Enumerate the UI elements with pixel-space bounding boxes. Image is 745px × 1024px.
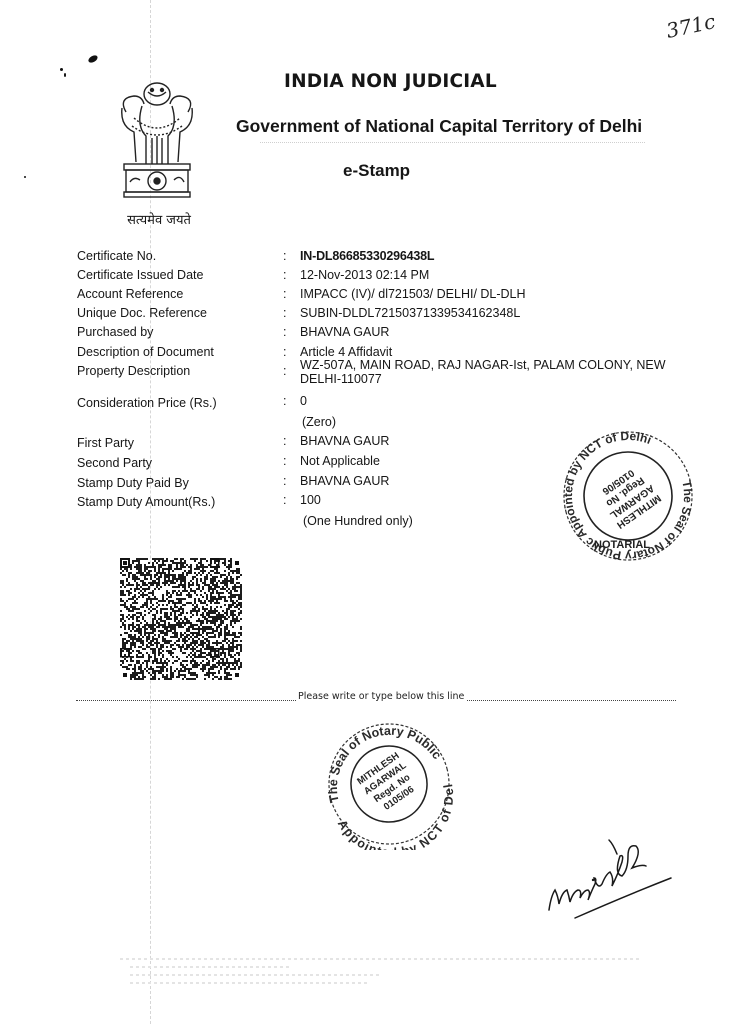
field-value: BHAVNA GAUR — [300, 325, 680, 339]
handwritten-page-number: 371c — [664, 9, 717, 43]
stamp-type: e-Stamp — [343, 161, 410, 181]
separator-dash — [76, 700, 298, 701]
emblem-motto: सत्यमेव जयते — [110, 210, 208, 228]
scan-speck — [60, 68, 63, 71]
field-colon: : — [283, 345, 286, 359]
field-colon: : — [283, 434, 286, 448]
field-value: IMPACC (IV)/ dl721503/ DELHI/ DL-DLH — [300, 287, 680, 301]
field-label: First Party — [77, 436, 134, 450]
field-colon: : — [283, 287, 286, 301]
field-row: Purchased by : BHAVNA GAUR — [0, 325, 745, 343]
field-label: Purchased by — [77, 325, 153, 339]
field-colon: : — [283, 249, 286, 263]
separator-dash — [454, 700, 676, 701]
field-row: Certificate No. : IN-DL86685330296438L — [0, 249, 745, 267]
field-label: Certificate No. — [77, 249, 156, 263]
document-title: INDIA NON JUDICIAL — [284, 71, 497, 92]
national-emblem-icon — [112, 78, 202, 206]
field-label: Unique Doc. Reference — [77, 306, 207, 320]
field-colon: : — [283, 474, 286, 488]
write-below-line-separator: Please write or type below this line — [76, 690, 676, 706]
field-row: Account Reference : IMPACC (IV)/ dl72150… — [0, 287, 745, 305]
field-label: Property Description — [77, 364, 190, 378]
field-colon: : — [283, 454, 286, 468]
field-colon: : — [283, 364, 286, 378]
signature-icon — [545, 830, 675, 920]
qr-code — [120, 558, 242, 680]
field-row: Certificate Issued Date : 12-Nov-2013 02… — [0, 268, 745, 286]
header-underline — [260, 142, 645, 143]
scan-speck — [87, 54, 99, 64]
field-label: Account Reference — [77, 287, 183, 301]
field-colon: : — [283, 268, 286, 282]
field-value: SUBIN-DLDL72150371339534162348L — [300, 306, 680, 320]
field-value: WZ-507A, MAIN ROAD, RAJ NAGAR-Ist, PALAM… — [300, 358, 680, 386]
field-value-words: (Zero) — [302, 415, 682, 429]
field-value: 0 — [300, 394, 680, 408]
field-row: Property Description : WZ-507A, MAIN ROA… — [0, 364, 745, 396]
seal-bottom-text: NOTARIAL — [594, 539, 650, 551]
field-value: Article 4 Affidavit — [300, 345, 680, 359]
field-label: Description of Document — [77, 345, 214, 359]
faint-footer-print — [120, 950, 640, 995]
field-label: Stamp Duty Paid By — [77, 476, 189, 490]
field-label: Consideration Price (Rs.) — [77, 396, 217, 410]
field-colon: : — [283, 325, 286, 339]
scan-speck — [24, 176, 26, 178]
field-value: IN-DL86685330296438L — [300, 249, 680, 263]
field-value: 12-Nov-2013 02:14 PM — [300, 268, 680, 282]
scan-speck — [64, 73, 66, 77]
field-label: Certificate Issued Date — [77, 268, 203, 282]
field-label: Stamp Duty Amount(Rs.) — [77, 495, 215, 509]
notary-seal-lower: The Seal of Notary Public Appointed by N… — [316, 718, 462, 850]
field-label: Second Party — [77, 456, 152, 470]
field-colon: : — [283, 394, 286, 408]
notary-seal-upper: The Seal of Notary Public Appointed by N… — [560, 428, 696, 564]
field-colon: : — [283, 493, 286, 507]
field-colon: : — [283, 306, 286, 320]
field-row: Consideration Price (Rs.) : 0 (Zero) — [0, 396, 745, 432]
field-row: Unique Doc. Reference : SUBIN-DLDL721503… — [0, 306, 745, 324]
issuing-authority: Government of National Capital Territory… — [236, 116, 642, 137]
separator-text: Please write or type below this line — [296, 691, 466, 702]
